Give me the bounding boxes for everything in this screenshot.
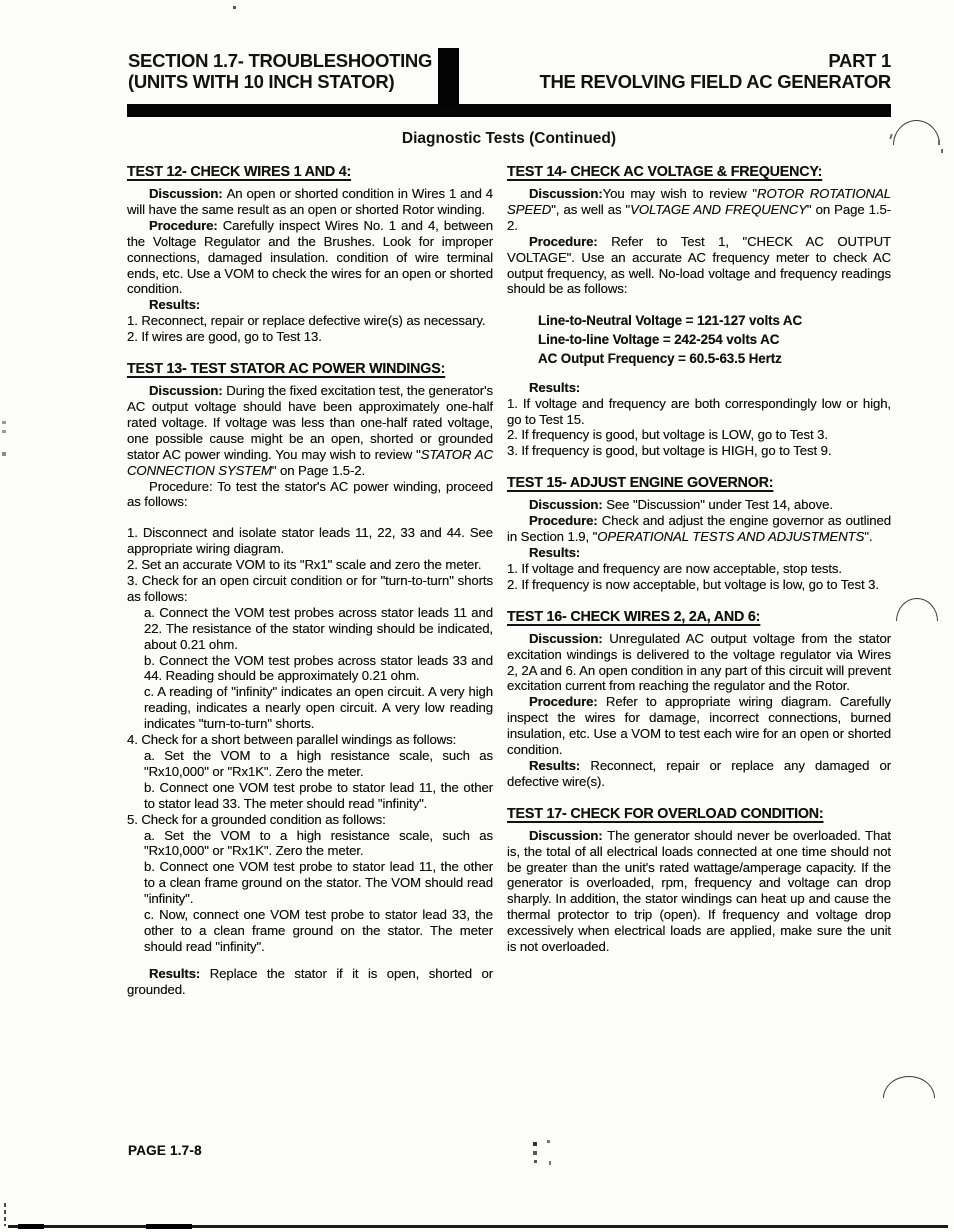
header-part-line1: PART 1 [539,50,891,71]
scan-mark-dot [549,1161,551,1165]
test13-substep: b. Connect one VOM test probe to stator … [144,859,493,907]
test15-heading: TEST 15- ADJUST ENGINE GOVERNOR: [507,475,891,491]
test17-discussion: Discussion: The generator should never b… [507,828,891,955]
test12-result-item: 2. If wires are good, go to Test 13. [127,329,493,345]
test16-discussion: Discussion: Unregulated AC output voltag… [507,631,891,695]
page-header: SECTION 1.7- TROUBLESHOOTING (UNITS WITH… [127,42,891,104]
page-title: Diagnostic Tests (Continued) [127,130,891,148]
scan-mark-dot [533,1151,537,1155]
test15-procedure: Procedure: Check and adjust the engine g… [507,513,891,545]
test13-heading: TEST 13- TEST STATOR AC POWER WINDINGS: [127,361,493,377]
test13-step: 3. Check for an open circuit condition o… [127,573,493,605]
scan-mark-tick [938,140,940,145]
test13-substep: a. Set the VOM to a high resistance scal… [144,828,493,860]
test12-procedure: Procedure: Carefully inspect Wires No. 1… [127,218,493,298]
page-content: SECTION 1.7- TROUBLESHOOTING (UNITS WITH… [127,42,891,998]
test14-section: TEST 14- CHECK AC VOLTAGE & FREQUENCY: D… [507,164,891,459]
test16-heading: TEST 16- CHECK WIRES 2, 2A, AND 6: [507,609,891,625]
test14-result-item: 3. If frequency is good, but voltage is … [507,443,891,459]
page-bottom-rule-segment [146,1224,192,1229]
test12-section: TEST 12- CHECK WIRES 1 AND 4: Discussion… [127,164,493,345]
scan-mark-arc [883,1076,935,1098]
test13-discussion: Discussion: During the fixed excitation … [127,383,493,478]
scan-mark-dot [2,430,6,433]
test14-discussion: Discussion:You may wish to review "ROTOR… [507,186,891,234]
scan-mark-dashed-line [4,1203,6,1226]
scan-mark-dot [2,421,6,424]
scan-mark-arc [896,598,938,621]
scan-mark-dot [534,1160,537,1163]
test15-result-item: 2. If frequency is now acceptable, but v… [507,577,891,593]
spec-line-frequency: AC Output Frequency = 60.5-63.5 Hertz [538,350,891,369]
left-column: TEST 12- CHECK WIRES 1 AND 4: Discussion… [127,164,493,998]
test16-section: TEST 16- CHECK WIRES 2, 2A, AND 6: Discu… [507,609,891,790]
header-part-line2: THE REVOLVING FIELD AC GENERATOR [539,71,891,92]
test13-substep: c. Now, connect one VOM test probe to st… [144,907,493,955]
test13-substep: a. Set the VOM to a high resistance scal… [144,748,493,780]
scan-mark-dot [547,1140,550,1143]
page-bottom-rule-segment [18,1224,44,1229]
scan-mark-tick [941,149,943,153]
test13-substep: b. Connect one VOM test probe to stator … [144,780,493,812]
test13-procedure: Procedure: To test the stator's AC power… [127,479,493,511]
test13-substep: c. A reading of "infinity" indicates an … [144,684,493,732]
test14-heading: TEST 14- CHECK AC VOLTAGE & FREQUENCY: [507,164,891,180]
scan-mark-dot [233,6,236,9]
test15-section: TEST 15- ADJUST ENGINE GOVERNOR: Discuss… [507,475,891,592]
spec-line-voltage-line: Line-to-line Voltage = 242-254 volts AC [538,331,891,350]
spec-line-voltage-neutral: Line-to-Neutral Voltage = 121-127 volts … [538,312,891,331]
scan-mark-dot [533,1142,537,1146]
scan-mark-arc [893,120,940,145]
test13-substep: b. Connect the VOM test probes across st… [144,653,493,685]
page-number: PAGE 1.7-8 [128,1143,202,1158]
spacer [507,369,891,380]
test17-heading: TEST 17- CHECK FOR OVERLOAD CONDITION: [507,806,891,822]
test12-heading: TEST 12- CHECK WIRES 1 AND 4: [127,164,493,180]
header-rule [127,104,891,117]
header-section-line1: SECTION 1.7- TROUBLESHOOTING [128,50,432,71]
test12-result-item: 1. Reconnect, repair or replace defectiv… [127,313,493,329]
test15-results-label: Results: [507,545,891,561]
test14-procedure: Procedure: Refer to Test 1, "CHECK AC OU… [507,234,891,298]
header-divider-bar [438,48,459,108]
test16-procedure: Procedure: Refer to appropriate wiring d… [507,694,891,758]
test13-substep: a. Connect the VOM test probes across st… [144,605,493,653]
right-column: TEST 14- CHECK AC VOLTAGE & FREQUENCY: D… [507,164,891,998]
test17-section: TEST 17- CHECK FOR OVERLOAD CONDITION: D… [507,806,891,955]
spacer [127,510,493,525]
test14-results-label: Results: [507,380,891,396]
test13-results: Results: Replace the stator if it is ope… [127,966,493,998]
test15-result-item: 1. If voltage and frequency are now acce… [507,561,891,577]
test13-step: 2. Set an accurate VOM to its "Rx1" scal… [127,557,493,573]
test14-result-item: 1. If voltage and frequency are both cor… [507,396,891,428]
test12-results-label: Results: [127,297,493,313]
test14-result-item: 2. If frequency is good, but voltage is … [507,427,891,443]
test13-step: 1. Disconnect and isolate stator leads 1… [127,525,493,557]
manual-page: SECTION 1.7- TROUBLESHOOTING (UNITS WITH… [0,0,954,1232]
spacer [127,955,493,966]
two-column-layout: TEST 12- CHECK WIRES 1 AND 4: Discussion… [127,164,891,998]
header-part-label: PART 1 THE REVOLVING FIELD AC GENERATOR [539,50,891,92]
header-section-label: SECTION 1.7- TROUBLESHOOTING (UNITS WITH… [128,50,432,92]
test13-step: 5. Check for a grounded condition as fol… [127,812,493,828]
test15-discussion: Discussion: See "Discussion" under Test … [507,497,891,513]
test16-results: Results: Reconnect, repair or replace an… [507,758,891,790]
header-section-line2: (UNITS WITH 10 INCH STATOR) [128,71,432,92]
spacer [507,297,891,312]
scan-mark-dot [2,452,6,456]
test13-section: TEST 13- TEST STATOR AC POWER WINDINGS: … [127,361,493,998]
test13-step: 4. Check for a short between parallel wi… [127,732,493,748]
test12-discussion: Discussion: An open or shorted condition… [127,186,493,218]
